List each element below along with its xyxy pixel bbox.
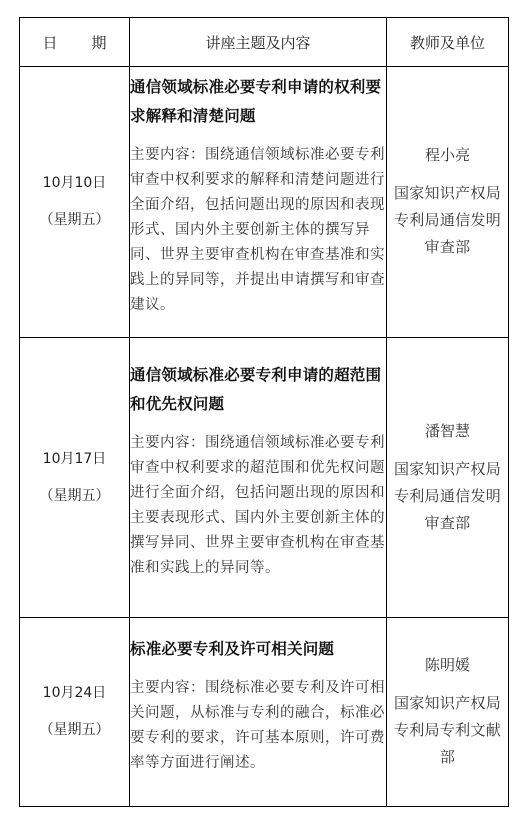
table-row: 10月10日 （星期五） 通信领域标准必要专利申请的权利要求解释和清楚问题 主要… — [20, 67, 509, 338]
lecture-weekday: （星期五） — [20, 712, 129, 749]
topic-cell: 通信领域标准必要专利申请的超范围和优先权问题 主要内容：围绕通信领域标准必要专利… — [130, 338, 387, 618]
teacher-name: 陈明媛 — [387, 653, 508, 678]
lecture-description: 主要内容：围绕通信领域标准必要专利审查中权利要求的解释和清楚问题进行全面介绍，包… — [130, 143, 386, 334]
teacher-organization: 国家知识产权局专利局通信发明审查部 — [387, 180, 508, 261]
table-row: 10月24日 （星期五） 标准必要专利及许可相关问题 主要内容：围绕标准必要专利… — [20, 618, 509, 807]
header-date: 日期 — [20, 18, 130, 67]
teacher-name: 程小亮 — [387, 143, 508, 168]
teacher-organization: 国家知识产权局专利局通信发明审查部 — [387, 456, 508, 537]
lecture-title: 通信领域标准必要专利申请的超范围和优先权问题 — [130, 359, 386, 419]
date-cell: 10月24日 （星期五） — [20, 618, 130, 807]
teacher-cell: 程小亮 国家知识产权局专利局通信发明审查部 — [387, 67, 509, 338]
date-cell: 10月10日 （星期五） — [20, 67, 130, 338]
lecture-date: 10月10日 — [20, 165, 129, 202]
teacher-name: 潘智慧 — [387, 419, 508, 444]
date-cell: 10月17日 （星期五） — [20, 338, 130, 618]
header-date-part2: 期 — [92, 34, 107, 52]
teacher-cell: 陈明媛 国家知识产权局专利局专利文献部 — [387, 618, 509, 807]
header-row: 日期 讲座主题及内容 教师及单位 — [20, 18, 509, 67]
lecture-title: 通信领域标准必要专利申请的权利要求解释和清楚问题 — [130, 71, 386, 131]
lecture-description: 主要内容：围绕通信领域标准必要专利审查中权利要求的超范围和优先权问题进行全面介绍… — [130, 431, 386, 597]
table-row: 10月17日 （星期五） 通信领域标准必要专利申请的超范围和优先权问题 主要内容… — [20, 338, 509, 618]
topic-cell: 通信领域标准必要专利申请的权利要求解释和清楚问题 主要内容：围绕通信领域标准必要… — [130, 67, 387, 338]
lecture-weekday: （星期五） — [20, 202, 129, 239]
lecture-weekday: （星期五） — [20, 478, 129, 515]
topic-cell: 标准必要专利及许可相关问题 主要内容：围绕标准必要专利及许可相关问题，从标准与专… — [130, 618, 387, 807]
lecture-schedule-table: 日期 讲座主题及内容 教师及单位 10月10日 （星期五） 通信领域标准必要专利… — [19, 17, 509, 807]
header-date-part1: 日 — [42, 34, 57, 52]
lecture-date: 10月24日 — [20, 675, 129, 712]
lecture-description: 主要内容：围绕标准必要专利及许可相关问题，从标准与专利的融合，标准必要专利的要求… — [130, 676, 386, 792]
lecture-title: 标准必要专利及许可相关问题 — [130, 633, 386, 664]
teacher-organization: 国家知识产权局专利局专利文献部 — [387, 690, 508, 771]
header-topic: 讲座主题及内容 — [130, 18, 387, 67]
teacher-cell: 潘智慧 国家知识产权局专利局通信发明审查部 — [387, 338, 509, 618]
lecture-date: 10月17日 — [20, 441, 129, 478]
header-teacher: 教师及单位 — [387, 18, 509, 67]
